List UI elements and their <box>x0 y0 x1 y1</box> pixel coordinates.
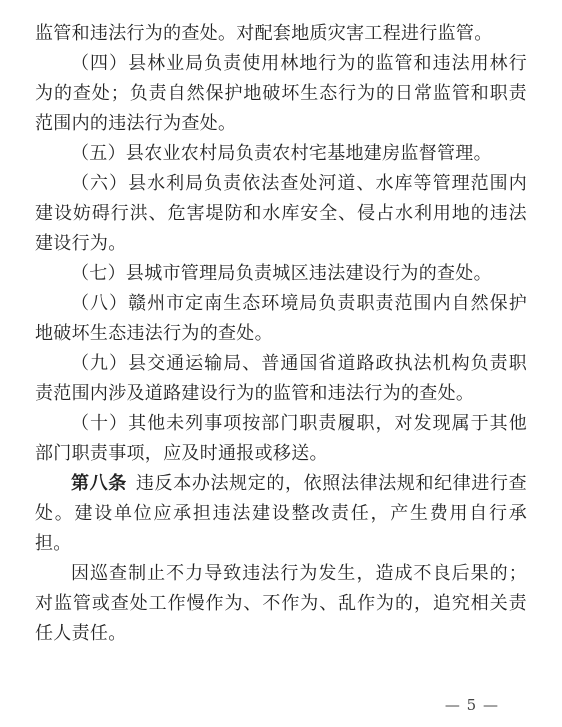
paragraph-liability: 因巡查制止不力导致违法行为发生，造成不良后果的；对监管或查处工作慢作为、不作为、… <box>35 559 527 649</box>
document-body: 监管和违法行为的查处。对配套地质灾害工程进行监管。 （四）县林业局负责使用林地行… <box>0 0 562 649</box>
paragraph-item-5: （五）县农业农村局负责农村宅基地建房监督管理。 <box>35 139 527 169</box>
paragraph-item-10: （十）其他未列事项按部门职责履职，对发现属于其他部门职责事项，应及时通报或移送。 <box>35 409 527 469</box>
page-number: — 5 — <box>445 695 499 715</box>
article-8-number: 第八条 <box>71 473 136 494</box>
paragraph-item-9: （九）县交通运输局、普通国省道路政执法机构负责职责范围内涉及道路建设行为的监管和… <box>35 349 527 409</box>
paragraph-article-8: 第八条违反本办法规定的，依照法律法规和纪律进行查处。建设单位应承担违法建设整改责… <box>35 469 527 559</box>
paragraph-item-8: （八）赣州市定南生态环境局负责职责范围内自然保护地破坏生态违法行为的查处。 <box>35 289 527 349</box>
paragraph-continuation: 监管和违法行为的查处。对配套地质灾害工程进行监管。 <box>35 19 527 49</box>
paragraph-item-4: （四）县林业局负责使用林地行为的监管和违法用林行为的查处；负责自然保护地破坏生态… <box>35 49 527 139</box>
document-page: 监管和违法行为的查处。对配套地质灾害工程进行监管。 （四）县林业局负责使用林地行… <box>0 0 562 727</box>
paragraph-item-6: （六）县水利局负责依法查处河道、水库等管理范围内建设妨碍行洪、危害堤防和水库安全… <box>35 169 527 259</box>
paragraph-item-7: （七）县城市管理局负责城区违法建设行为的查处。 <box>35 259 527 289</box>
